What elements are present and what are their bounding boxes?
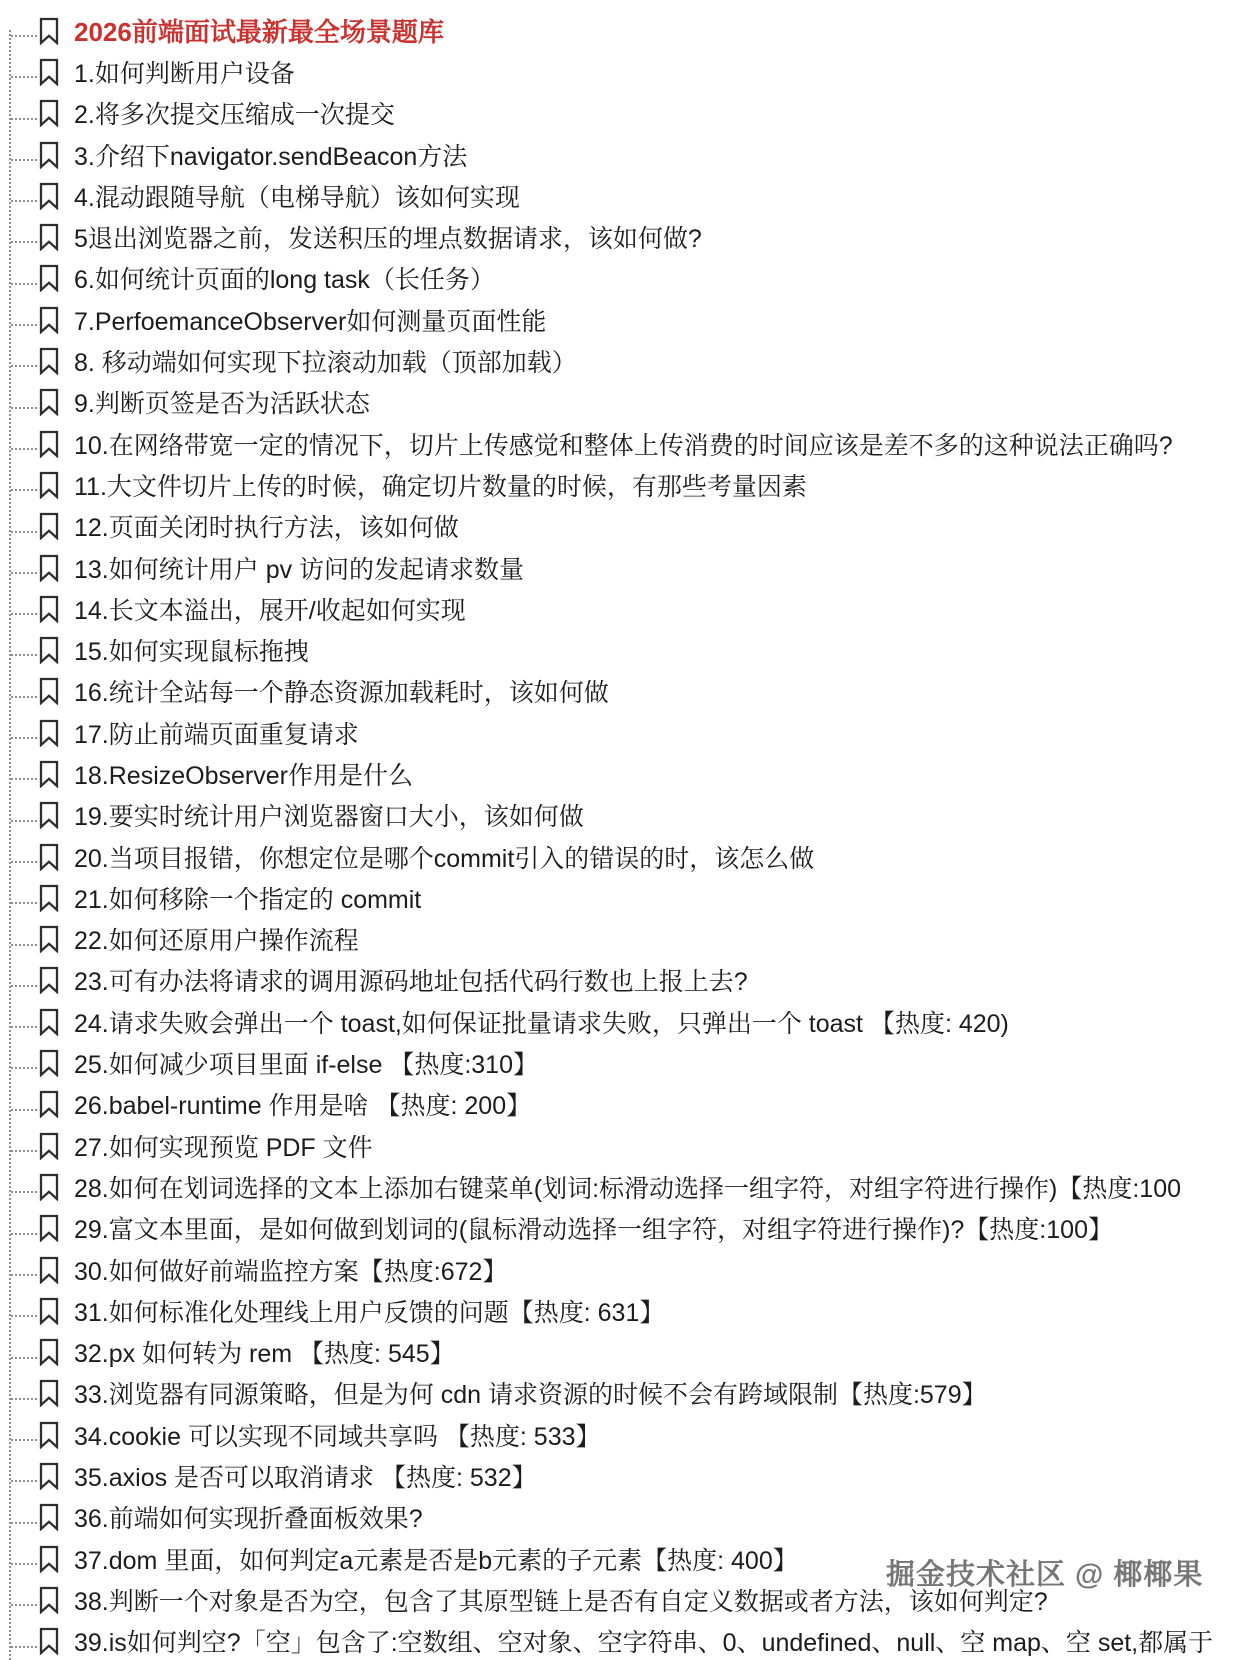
bookmark-outline-icon[interactable]	[38, 801, 60, 829]
list-item[interactable]: 39.is如何判空?「空」包含了:空数组、空对象、空字符串、0、undefine…	[0, 1621, 1242, 1660]
bookmark-outline-icon[interactable]	[38, 966, 60, 994]
list-item[interactable]: 5退出浏览器之前，发送积压的埋点数据请求，该如何做?	[0, 216, 1242, 257]
item-label: 20.当项目报错，你想定位是哪个commit引入的错误的时，该怎么做	[74, 839, 814, 875]
bookmark-outline-icon[interactable]	[38, 264, 60, 292]
list-item[interactable]: 22.如何还原用户操作流程	[0, 919, 1242, 960]
item-label: 18.ResizeObserver作用是什么	[74, 756, 413, 792]
item-label: 36.前端如何实现折叠面板效果?	[74, 1499, 423, 1535]
tree-connector	[11, 118, 37, 120]
tree-connector	[11, 1439, 37, 1441]
tree-connector	[11, 1604, 37, 1606]
item-label: 7.PerfoemanceObserver如何测量页面性能	[74, 302, 546, 338]
list-item[interactable]: 32.px 如何转为 rem 【热度: 545】	[0, 1332, 1242, 1373]
list-item[interactable]: 7.PerfoemanceObserver如何测量页面性能	[0, 299, 1242, 340]
list-item[interactable]: 13.如何统计用户 pv 访问的发起请求数量	[0, 547, 1242, 588]
item-label: 5退出浏览器之前，发送积压的埋点数据请求，该如何做?	[74, 219, 702, 255]
item-label: 15.如何实现鼠标拖拽	[74, 632, 309, 668]
list-item[interactable]: 23.可有办法将请求的调用源码地址包括代码行数也上报上去?	[0, 960, 1242, 1001]
bookmark-outline-icon[interactable]	[38, 1214, 60, 1242]
bookmark-outline-icon[interactable]	[38, 884, 60, 912]
root-title-label: 2026前端面试最新最全场景题库	[74, 12, 444, 49]
bookmark-outline-icon[interactable]	[38, 1421, 60, 1449]
tree-connector	[11, 365, 37, 367]
bookmark-outline-icon[interactable]	[38, 1627, 60, 1655]
tree-connector	[11, 654, 37, 656]
list-item[interactable]: 12.页面关闭时执行方法，该如何做	[0, 506, 1242, 547]
tree-connector	[11, 448, 37, 450]
bookmark-outline-icon[interactable]	[38, 17, 60, 45]
tree-connector	[11, 200, 37, 202]
tree-connector	[11, 861, 37, 863]
item-label: 30.如何做好前端监控方案【热度:672】	[74, 1252, 507, 1288]
item-label: 21.如何移除一个指定的 commit	[74, 880, 421, 916]
list-item[interactable]: 10.在网络带宽一定的情况下，切片上传感觉和整体上传消费的时间应该是差不多的这种…	[0, 423, 1242, 464]
list-item[interactable]: 33.浏览器有同源策略，但是为何 cdn 请求资源的时候不会有跨域限制【热度:5…	[0, 1373, 1242, 1414]
item-label: 1.如何判断用户设备	[74, 54, 295, 90]
tree-connector	[11, 985, 37, 987]
item-label: 35.axios 是否可以取消请求 【热度: 532】	[74, 1458, 537, 1494]
bookmark-outline-icon[interactable]	[38, 843, 60, 871]
item-label: 16.统计全站每一个静态资源加载耗时，该如何做	[74, 673, 609, 709]
tree-connector	[11, 1109, 37, 1111]
item-label: 34.cookie 可以实现不同域共享吗 【热度: 533】	[74, 1417, 601, 1453]
tree-connector	[11, 283, 37, 285]
item-label: 14.长文本溢出，展开/收起如何实现	[74, 591, 466, 627]
tree-connector	[11, 902, 37, 904]
tree-connector	[11, 1357, 37, 1359]
item-label: 11.大文件切片上传的时候，确定切片数量的时候，有那些考量因素	[74, 467, 807, 503]
tree-connector	[11, 1315, 37, 1317]
bookmark-outline-icon[interactable]	[38, 58, 60, 86]
bookmark-outline-icon[interactable]	[38, 471, 60, 499]
list-item[interactable]: 28.如何在划词选择的文本上添加右键菜单(划词:标滑动选择一组字符，对组字符进行…	[0, 1166, 1242, 1207]
tree-connector	[11, 696, 37, 698]
list-item[interactable]: 1.如何判断用户设备	[0, 51, 1242, 92]
item-label: 10.在网络带宽一定的情况下，切片上传感觉和整体上传消费的时间应该是差不多的这种…	[74, 426, 1173, 462]
item-label: 31.如何标准化处理线上用户反馈的问题【热度: 631】	[74, 1293, 664, 1329]
watermark: 掘金技术社区 @ 椰椰果	[886, 1552, 1203, 1593]
tree-connector	[11, 1563, 37, 1565]
tree-connector	[11, 1480, 37, 1482]
bookmark-outline-icon[interactable]	[38, 719, 60, 747]
bookmark-outline-icon[interactable]	[38, 306, 60, 334]
tree-connector	[11, 613, 37, 615]
bookmark-outline-icon[interactable]	[38, 1132, 60, 1160]
bookmark-outline-icon[interactable]	[38, 760, 60, 788]
tree-connector	[11, 778, 37, 780]
bookmark-outline-icon[interactable]	[38, 1090, 60, 1118]
item-label: 29.富文本里面，是如何做到划词的(鼠标滑动选择一组字符，对组字符进行操作)?【…	[74, 1210, 1113, 1246]
bookmark-outline-icon[interactable]	[38, 1545, 60, 1573]
item-label: 32.px 如何转为 rem 【热度: 545】	[74, 1334, 455, 1370]
list-item[interactable]: 3.介绍下navigator.sendBeacon方法	[0, 134, 1242, 175]
bookmark-outline-icon[interactable]	[38, 512, 60, 540]
list-item[interactable]: 17.防止前端页面重复请求	[0, 712, 1242, 753]
item-label: 37.dom 里面，如何判定a元素是否是b元素的子元素【热度: 400】	[74, 1541, 798, 1577]
bookmark-outline-icon[interactable]	[38, 99, 60, 127]
item-label: 19.要实时统计用户浏览器窗口大小，该如何做	[74, 797, 584, 833]
bookmark-outline-icon[interactable]	[38, 430, 60, 458]
bookmark-outline-tree: 2026前端面试最新最全场景题库 1.如何判断用户设备 2.将多次提交压缩成一次…	[0, 0, 1242, 1660]
list-item[interactable]: 4.混动跟随导航（电梯导航）该如何实现	[0, 175, 1242, 216]
list-item[interactable]: 30.如何做好前端监控方案【热度:672】	[0, 1249, 1242, 1290]
bookmark-outline-icon[interactable]	[38, 1379, 60, 1407]
tree-connector	[11, 159, 37, 161]
item-label: 26.babel-runtime 作用是啥 【热度: 200】	[74, 1086, 531, 1122]
tree-connector	[11, 76, 37, 78]
list-item[interactable]: 9.判断页签是否为活跃状态	[0, 382, 1242, 423]
tree-connector	[11, 324, 37, 326]
list-item[interactable]: 21.如何移除一个指定的 commit	[0, 877, 1242, 918]
bookmark-outline-icon[interactable]	[38, 1503, 60, 1531]
item-label: 13.如何统计用户 pv 访问的发起请求数量	[74, 550, 524, 586]
bookmark-outline-icon[interactable]	[38, 636, 60, 664]
list-item[interactable]: 36.前端如何实现折叠面板效果?	[0, 1497, 1242, 1538]
bookmark-outline-icon[interactable]	[38, 1338, 60, 1366]
item-label: 3.介绍下navigator.sendBeacon方法	[74, 137, 467, 173]
tree-connector	[11, 489, 37, 491]
list-item[interactable]: 27.如何实现预览 PDF 文件	[0, 1125, 1242, 1166]
item-label: 17.防止前端页面重复请求	[74, 715, 359, 751]
bookmark-outline-icon[interactable]	[38, 554, 60, 582]
bookmark-outline-icon[interactable]	[38, 1256, 60, 1284]
item-label: 22.如何还原用户操作流程	[74, 921, 359, 957]
list-item[interactable]: 15.如何实现鼠标拖拽	[0, 629, 1242, 670]
bookmark-outline-icon[interactable]	[38, 1173, 60, 1201]
item-label: 4.混动跟随导航（电梯导航）该如何实现	[74, 178, 520, 214]
list-item[interactable]: 24.请求失败会弹出一个 toast,如何保证批量请求失败，只弹出一个 toas…	[0, 1001, 1242, 1042]
tree-connector	[11, 1026, 37, 1028]
tree-connector	[11, 944, 37, 946]
tree-connector	[11, 407, 37, 409]
list-item[interactable]: 11.大文件切片上传的时候，确定切片数量的时候，有那些考量因素	[0, 464, 1242, 505]
item-label: 39.is如何判空?「空」包含了:空数组、空对象、空字符串、0、undefine…	[74, 1623, 1213, 1659]
item-label: 24.请求失败会弹出一个 toast,如何保证批量请求失败，只弹出一个 toas…	[74, 1004, 1009, 1040]
bookmark-outline-icon[interactable]	[38, 1008, 60, 1036]
tree-connector	[11, 531, 37, 533]
list-item[interactable]: 26.babel-runtime 作用是啥 【热度: 200】	[0, 1084, 1242, 1125]
list-item[interactable]: 6.如何统计页面的long task（长任务）	[0, 258, 1242, 299]
bookmark-outline-icon[interactable]	[38, 141, 60, 169]
item-label: 33.浏览器有同源策略，但是为何 cdn 请求资源的时候不会有跨域限制【热度:5…	[74, 1375, 987, 1411]
list-item[interactable]: 35.axios 是否可以取消请求 【热度: 532】	[0, 1455, 1242, 1496]
list-item[interactable]: 16.统计全站每一个静态资源加载耗时，该如何做	[0, 671, 1242, 712]
tree-connector	[11, 572, 37, 574]
list-item[interactable]: 25.如何减少项目里面 if-else 【热度:310】	[0, 1042, 1242, 1083]
item-label: 2.将多次提交压缩成一次提交	[74, 95, 395, 131]
tree-connector	[11, 1646, 37, 1648]
list-item[interactable]: 14.长文本溢出，展开/收起如何实现	[0, 588, 1242, 629]
bookmark-outline-icon[interactable]	[38, 925, 60, 953]
tree-connector	[11, 737, 37, 739]
list-item[interactable]: 29.富文本里面，是如何做到划词的(鼠标滑动选择一组字符，对组字符进行操作)?【…	[0, 1208, 1242, 1249]
bookmark-outline-icon[interactable]	[38, 347, 60, 375]
item-label: 23.可有办法将请求的调用源码地址包括代码行数也上报上去?	[74, 962, 748, 998]
list-item[interactable]: 31.如何标准化处理线上用户反馈的问题【热度: 631】	[0, 1290, 1242, 1331]
bookmark-outline-icon[interactable]	[38, 223, 60, 251]
bookmark-outline-icon[interactable]	[38, 1297, 60, 1325]
bookmark-outline-icon[interactable]	[38, 388, 60, 416]
tree-connector	[11, 241, 37, 243]
tree-connector	[11, 1398, 37, 1400]
list-item[interactable]: 8. 移动端如何实现下拉滚动加载（顶部加载）	[0, 340, 1242, 381]
bookmark-outline-icon[interactable]	[38, 1586, 60, 1614]
item-label: 12.页面关闭时执行方法，该如何做	[74, 508, 459, 544]
list-item[interactable]: 34.cookie 可以实现不同域共享吗 【热度: 533】	[0, 1414, 1242, 1455]
list-item[interactable]: 18.ResizeObserver作用是什么	[0, 753, 1242, 794]
bookmark-outline-icon[interactable]	[38, 182, 60, 210]
tree-connector	[11, 820, 37, 822]
list-item-root[interactable]: 2026前端面试最新最全场景题库	[0, 10, 1242, 51]
tree-connector	[11, 1274, 37, 1276]
list-item[interactable]: 19.要实时统计用户浏览器窗口大小，该如何做	[0, 795, 1242, 836]
tree-connector	[11, 1067, 37, 1069]
tree-connector	[11, 1522, 37, 1524]
tree-connector	[11, 1150, 37, 1152]
bookmark-outline-icon[interactable]	[38, 677, 60, 705]
item-label: 25.如何减少项目里面 if-else 【热度:310】	[74, 1045, 538, 1081]
item-label: 28.如何在划词选择的文本上添加右键菜单(划词:标滑动选择一组字符，对组字符进行…	[74, 1169, 1181, 1205]
bookmark-outline-icon[interactable]	[38, 595, 60, 623]
tree-connector	[11, 1191, 37, 1193]
item-label: 9.判断页签是否为活跃状态	[74, 384, 370, 420]
list-item[interactable]: 2.将多次提交压缩成一次提交	[0, 93, 1242, 134]
item-label: 6.如何统计页面的long task（长任务）	[74, 260, 495, 296]
list-item[interactable]: 20.当项目报错，你想定位是哪个commit引入的错误的时，该怎么做	[0, 836, 1242, 877]
bookmark-outline-icon[interactable]	[38, 1462, 60, 1490]
item-label: 27.如何实现预览 PDF 文件	[74, 1128, 373, 1164]
item-label: 8. 移动端如何实现下拉滚动加载（顶部加载）	[74, 343, 577, 379]
tree-connector	[11, 35, 37, 37]
bookmark-outline-icon[interactable]	[38, 1049, 60, 1077]
tree-connector	[11, 1233, 37, 1235]
